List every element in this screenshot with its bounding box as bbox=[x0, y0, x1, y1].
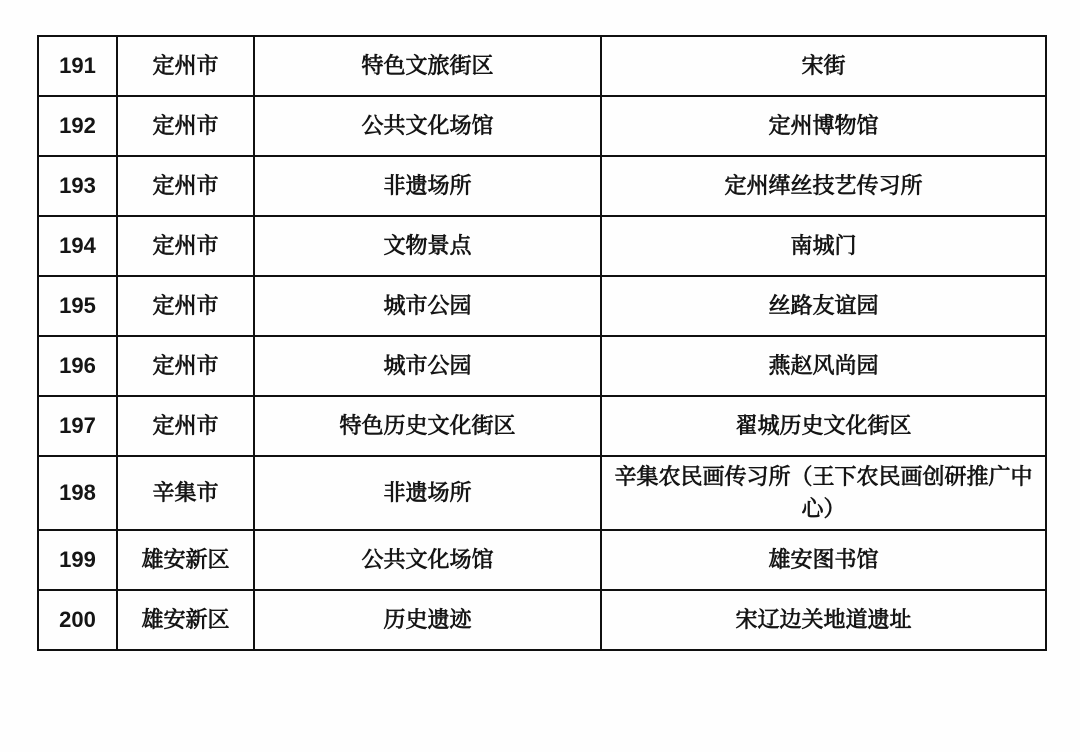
table-body: 191 定州市 特色文旅街区 宋街 192 定州市 公共文化场馆 定州博物馆 1… bbox=[38, 36, 1046, 650]
row-number-cell: 199 bbox=[38, 530, 117, 590]
table-row: 196 定州市 城市公园 燕赵风尚园 bbox=[38, 336, 1046, 396]
name-cell: 燕赵风尚园 bbox=[601, 336, 1046, 396]
category-cell: 特色文旅街区 bbox=[254, 36, 601, 96]
category-cell: 公共文化场馆 bbox=[254, 96, 601, 156]
name-cell: 定州缂丝技艺传习所 bbox=[601, 156, 1046, 216]
category-cell: 公共文化场馆 bbox=[254, 530, 601, 590]
city-cell: 定州市 bbox=[117, 156, 254, 216]
name-cell: 宋辽边关地道遗址 bbox=[601, 590, 1046, 650]
city-cell: 定州市 bbox=[117, 36, 254, 96]
document-page: 191 定州市 特色文旅街区 宋街 192 定州市 公共文化场馆 定州博物馆 1… bbox=[0, 0, 1080, 752]
name-cell: 南城门 bbox=[601, 216, 1046, 276]
table-row: 195 定州市 城市公园 丝路友谊园 bbox=[38, 276, 1046, 336]
table-row: 194 定州市 文物景点 南城门 bbox=[38, 216, 1046, 276]
row-number-cell: 192 bbox=[38, 96, 117, 156]
city-cell: 定州市 bbox=[117, 396, 254, 456]
table-row: 199 雄安新区 公共文化场馆 雄安图书馆 bbox=[38, 530, 1046, 590]
table-row: 200 雄安新区 历史遗迹 宋辽边关地道遗址 bbox=[38, 590, 1046, 650]
city-cell: 定州市 bbox=[117, 216, 254, 276]
name-cell: 雄安图书馆 bbox=[601, 530, 1046, 590]
table-row: 193 定州市 非遗场所 定州缂丝技艺传习所 bbox=[38, 156, 1046, 216]
city-cell: 定州市 bbox=[117, 96, 254, 156]
category-cell: 城市公园 bbox=[254, 336, 601, 396]
table-row: 198 辛集市 非遗场所 辛集农民画传习所（王下农民画创研推广中心） bbox=[38, 456, 1046, 530]
city-cell: 定州市 bbox=[117, 336, 254, 396]
city-cell: 雄安新区 bbox=[117, 530, 254, 590]
city-cell: 辛集市 bbox=[117, 456, 254, 530]
name-cell: 定州博物馆 bbox=[601, 96, 1046, 156]
row-number-cell: 191 bbox=[38, 36, 117, 96]
row-number-cell: 193 bbox=[38, 156, 117, 216]
row-number-cell: 200 bbox=[38, 590, 117, 650]
row-number-cell: 195 bbox=[38, 276, 117, 336]
city-cell: 定州市 bbox=[117, 276, 254, 336]
row-number-cell: 198 bbox=[38, 456, 117, 530]
category-cell: 特色历史文化街区 bbox=[254, 396, 601, 456]
table-row: 191 定州市 特色文旅街区 宋街 bbox=[38, 36, 1046, 96]
name-cell: 辛集农民画传习所（王下农民画创研推广中心） bbox=[601, 456, 1046, 530]
name-cell: 翟城历史文化街区 bbox=[601, 396, 1046, 456]
row-number-cell: 194 bbox=[38, 216, 117, 276]
row-number-cell: 196 bbox=[38, 336, 117, 396]
category-cell: 文物景点 bbox=[254, 216, 601, 276]
name-cell: 宋街 bbox=[601, 36, 1046, 96]
name-cell: 丝路友谊园 bbox=[601, 276, 1046, 336]
table-row: 197 定州市 特色历史文化街区 翟城历史文化街区 bbox=[38, 396, 1046, 456]
category-cell: 非遗场所 bbox=[254, 156, 601, 216]
table-row: 192 定州市 公共文化场馆 定州博物馆 bbox=[38, 96, 1046, 156]
category-cell: 城市公园 bbox=[254, 276, 601, 336]
poi-table: 191 定州市 特色文旅街区 宋街 192 定州市 公共文化场馆 定州博物馆 1… bbox=[37, 35, 1047, 651]
category-cell: 非遗场所 bbox=[254, 456, 601, 530]
row-number-cell: 197 bbox=[38, 396, 117, 456]
category-cell: 历史遗迹 bbox=[254, 590, 601, 650]
city-cell: 雄安新区 bbox=[117, 590, 254, 650]
